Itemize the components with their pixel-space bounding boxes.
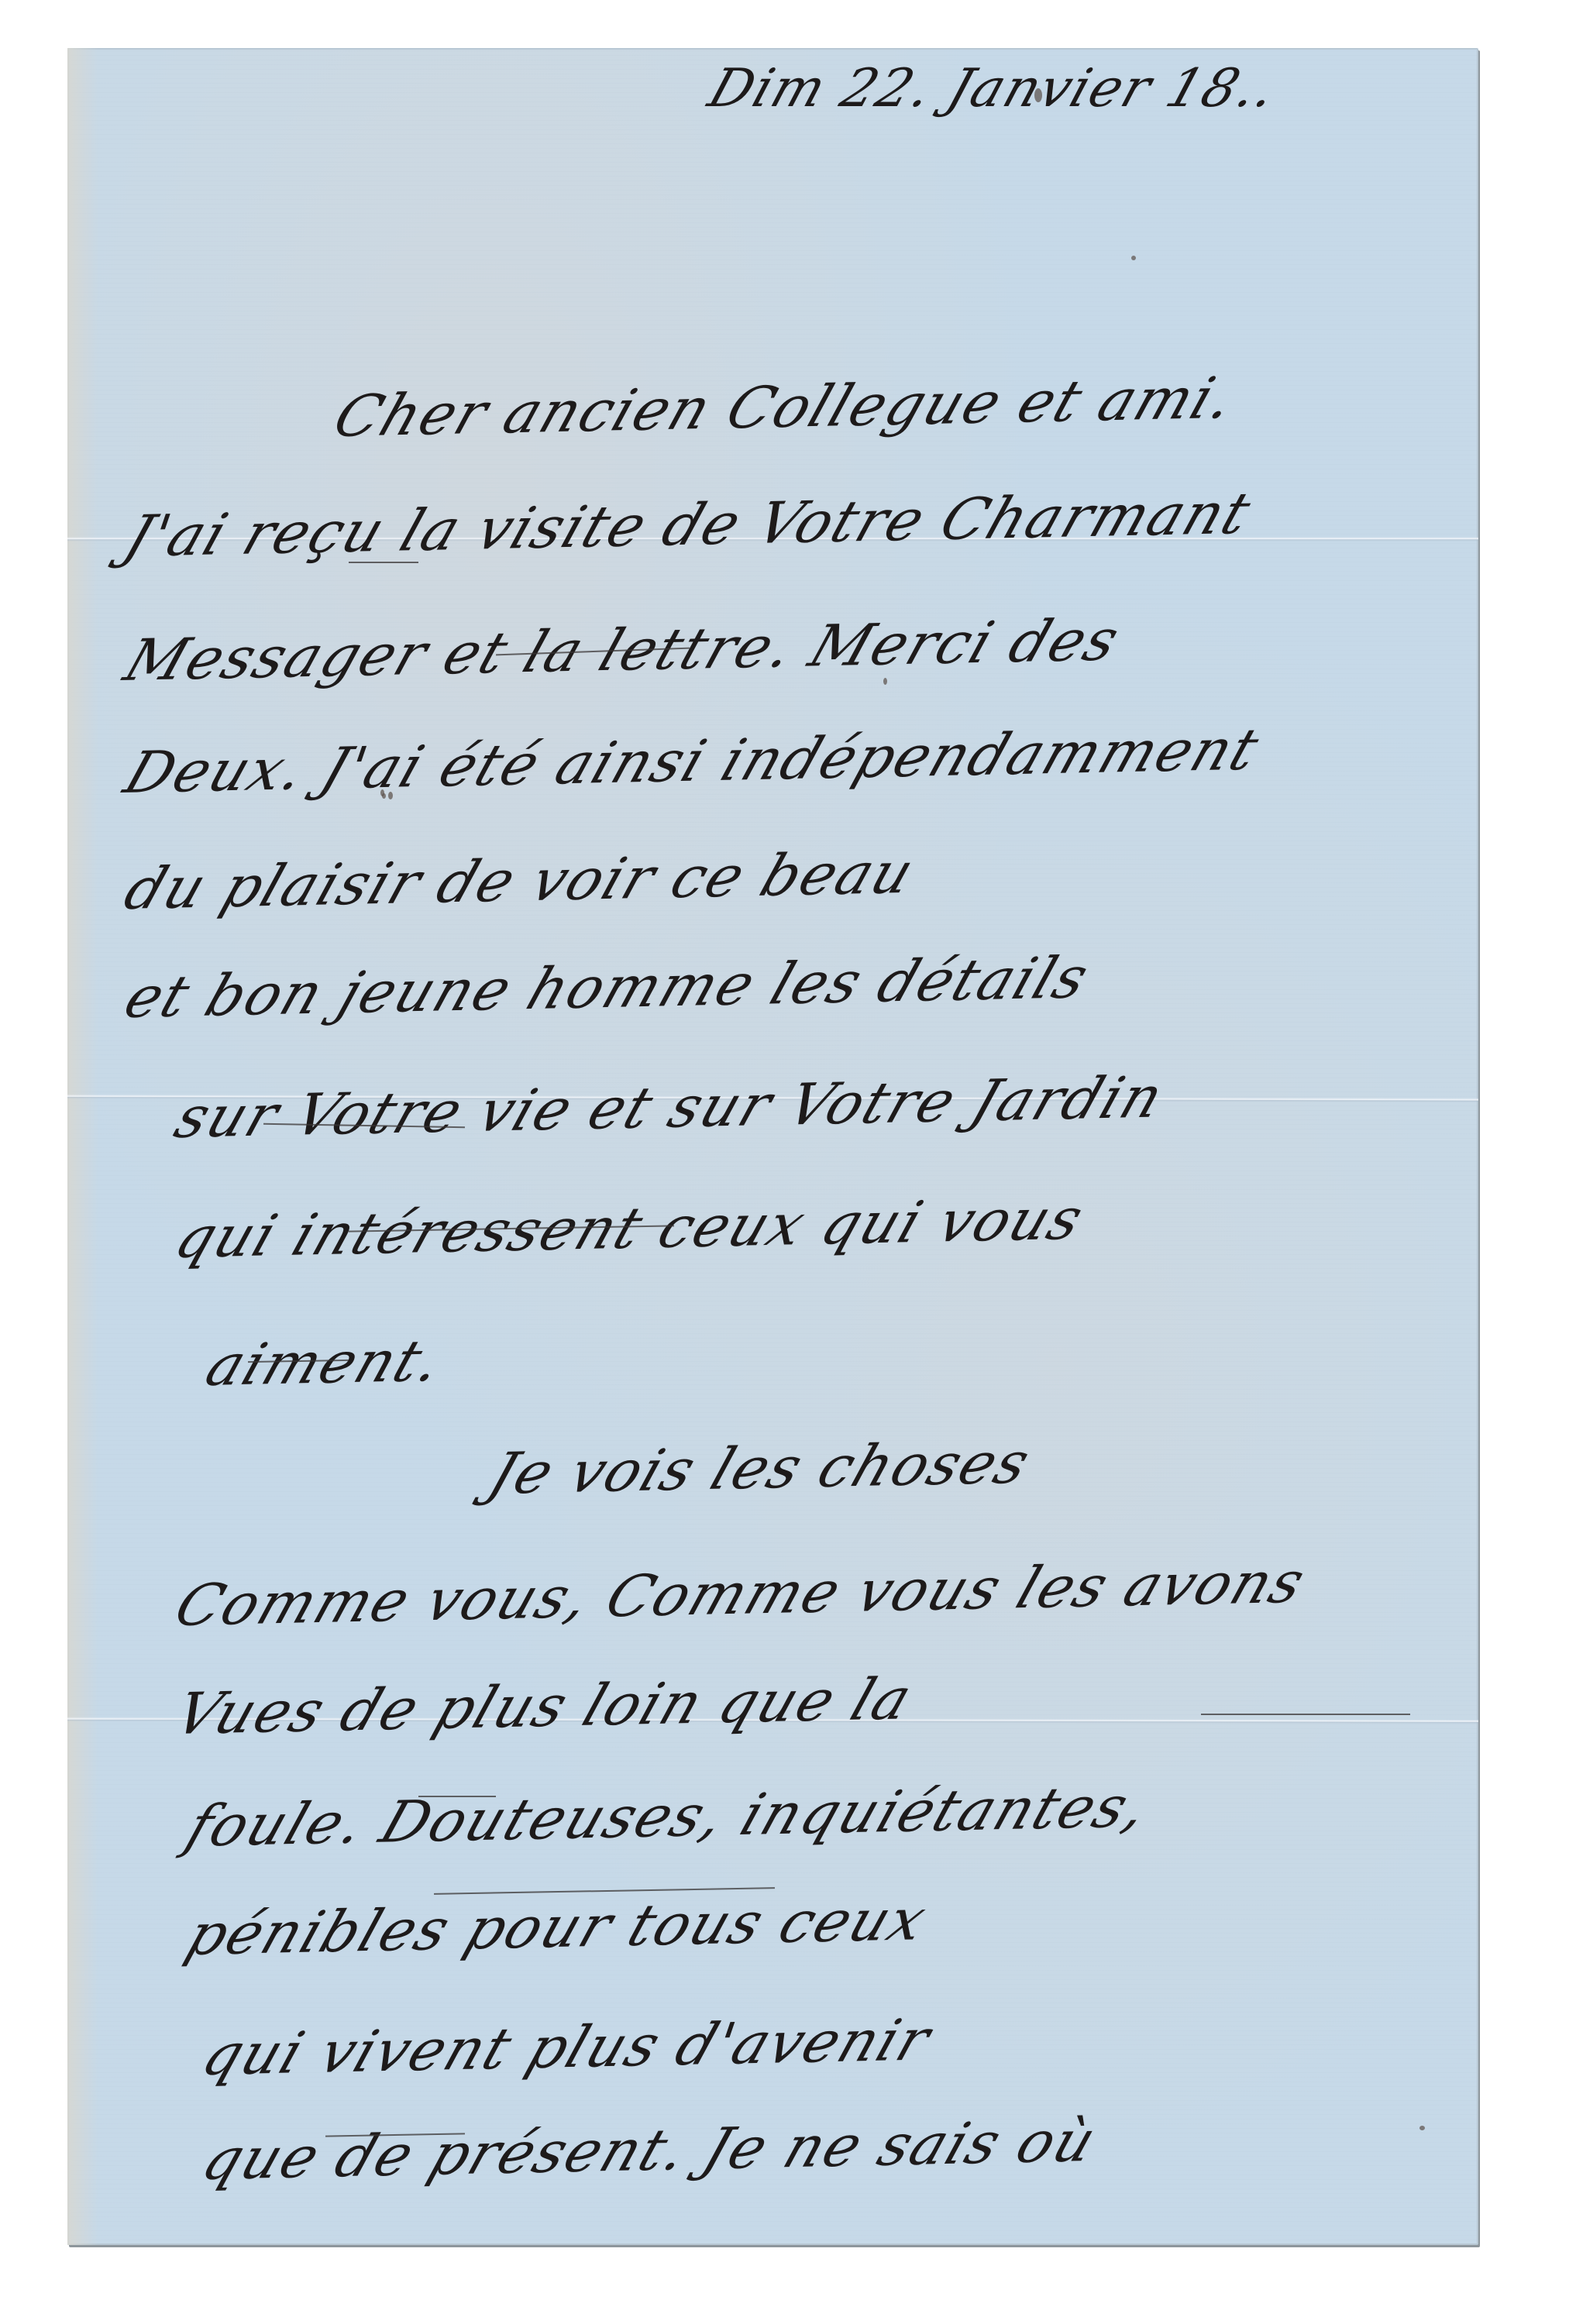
letter-dateline: Dim 22. Janvier 18.. <box>701 58 1285 119</box>
letter-line: Je vois les choses <box>480 1430 1039 1508</box>
ink-blot <box>1131 256 1136 260</box>
ink-blot <box>1034 88 1042 102</box>
ink-blot <box>388 792 393 799</box>
ink-blot <box>1419 2126 1425 2130</box>
paper-edge <box>67 48 98 2245</box>
letter-line: aiment. <box>198 1328 452 1399</box>
ink-blot <box>382 793 386 799</box>
ink-blot <box>883 678 887 685</box>
pen-stroke <box>1201 1714 1410 1715</box>
pen-stroke <box>418 1796 496 1797</box>
pen-stroke <box>349 562 418 563</box>
